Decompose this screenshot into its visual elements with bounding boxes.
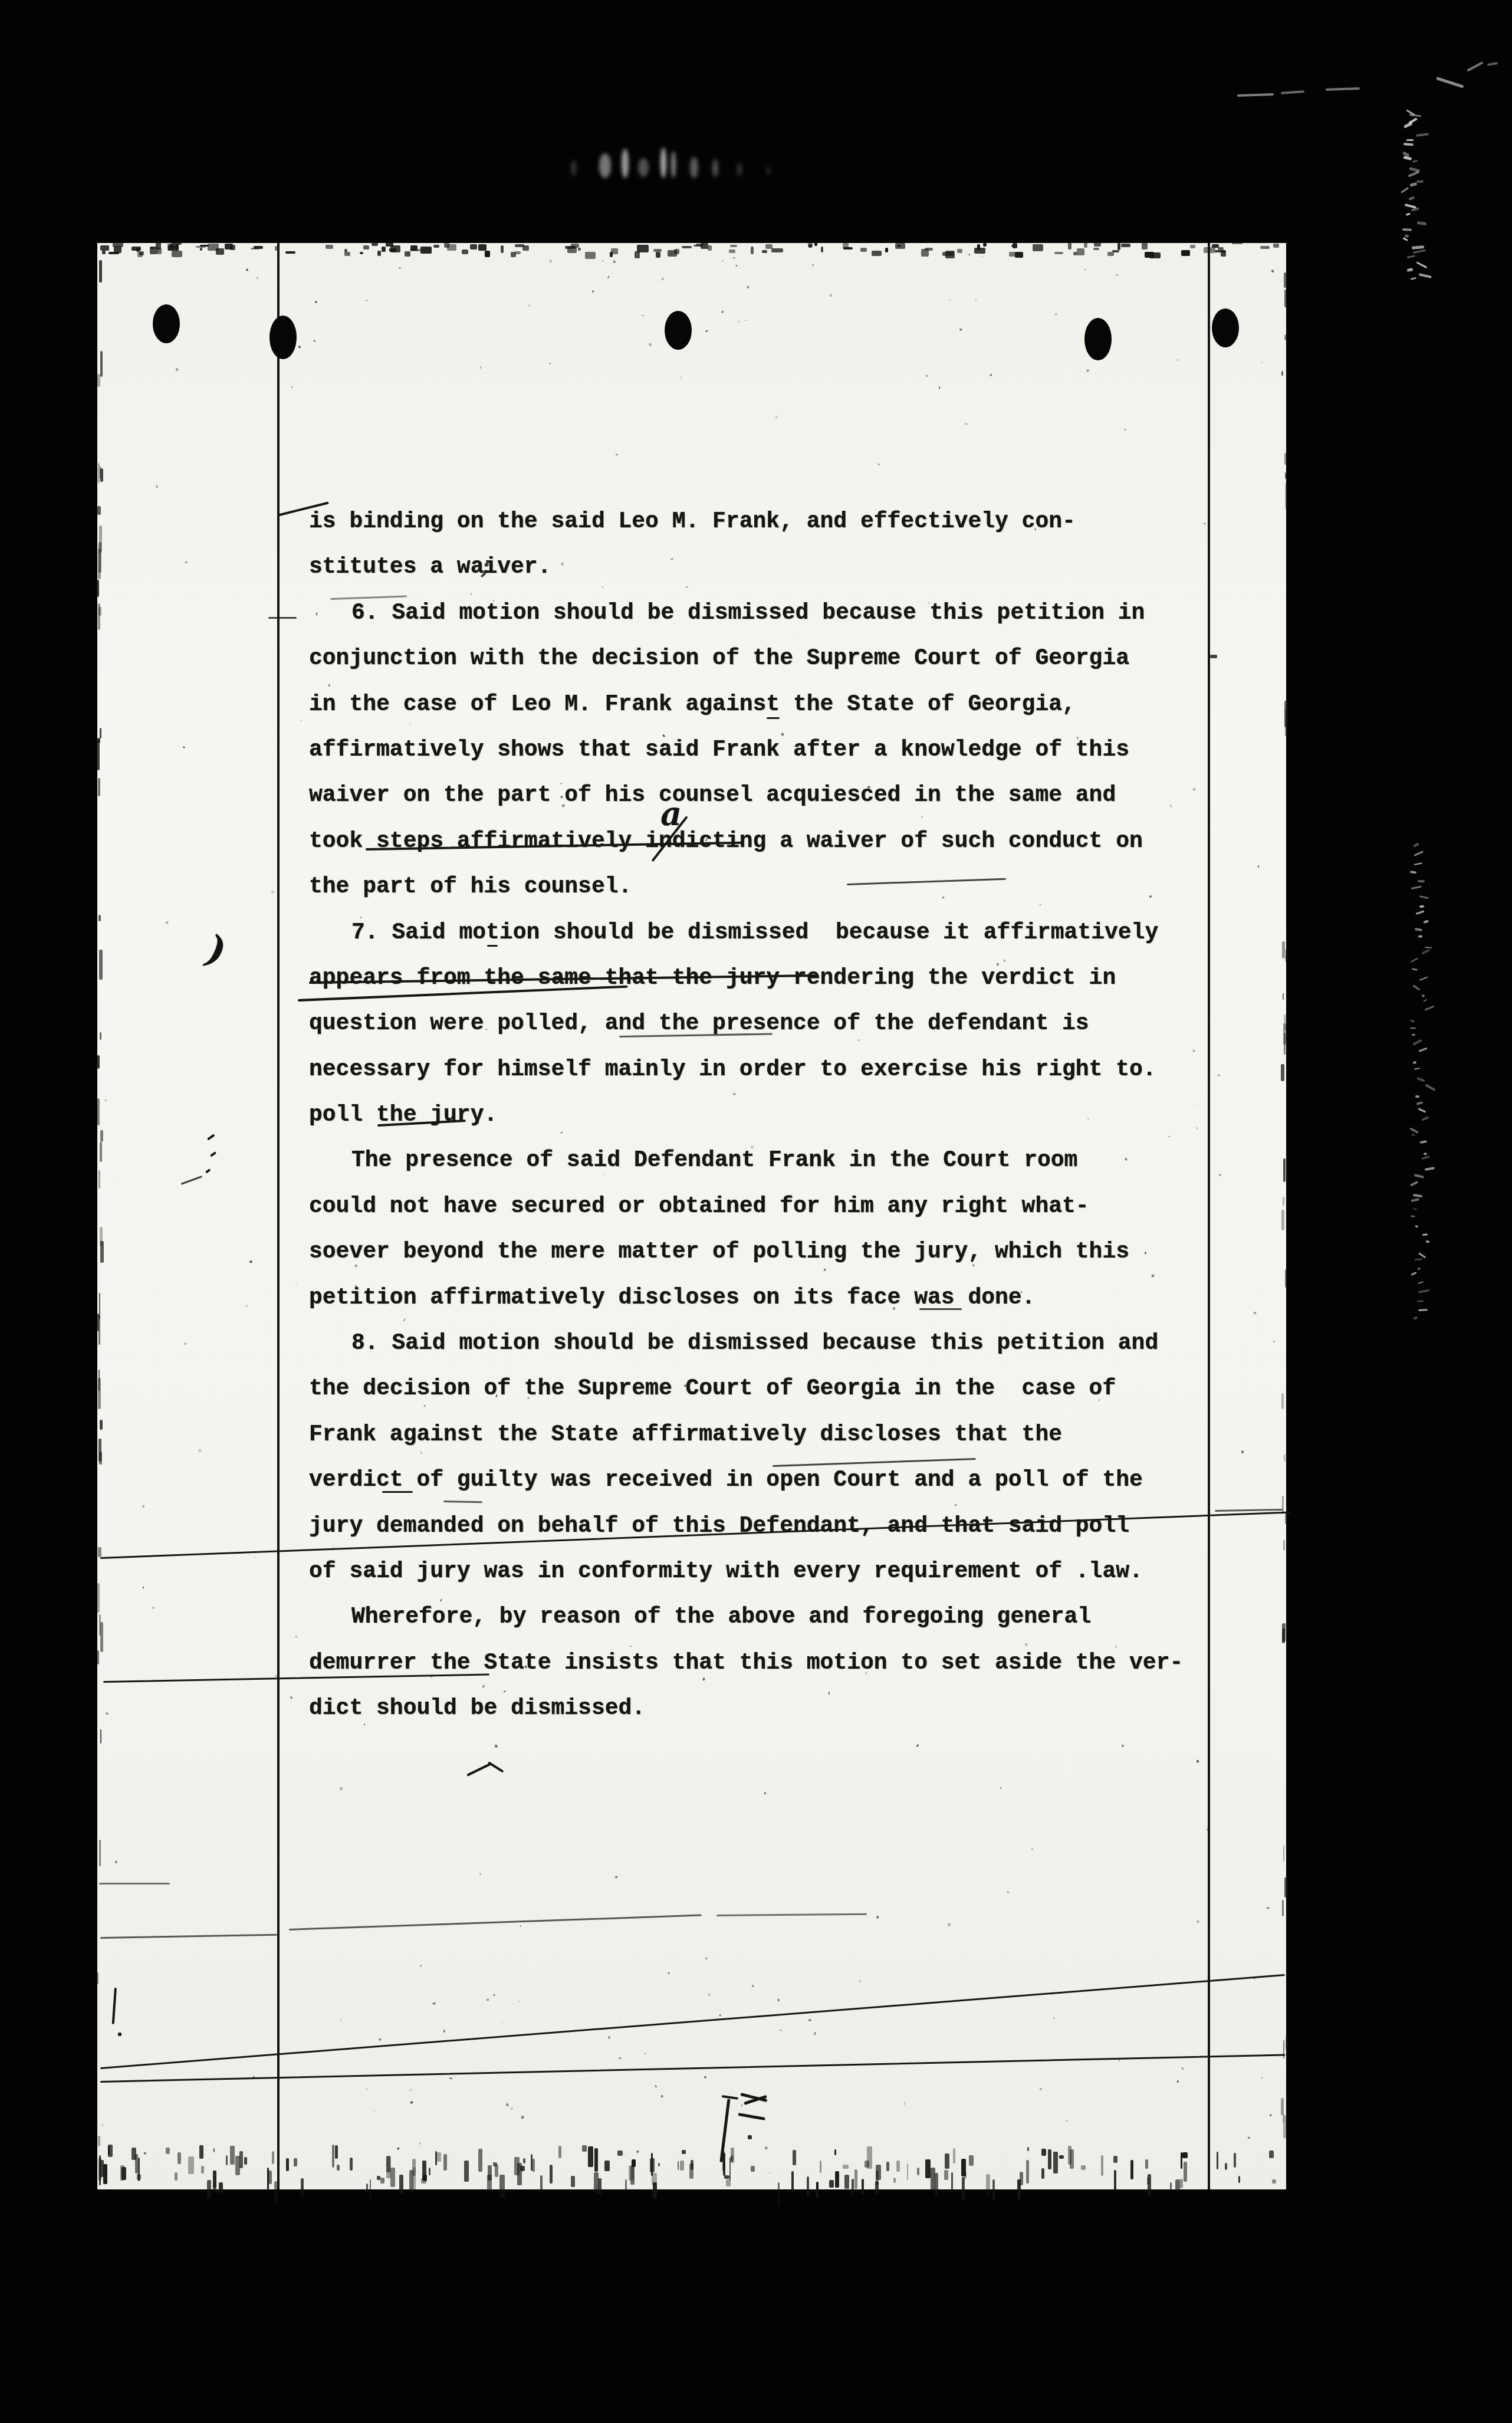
pencil-mark [1281, 90, 1304, 94]
text-line: in the case of Leo M. Frank against the … [309, 682, 1241, 727]
film-edge-scratch [1425, 1005, 1435, 1011]
film-edge-scratch [1423, 920, 1429, 924]
hole-punch [1084, 318, 1112, 360]
pencil-mark [1467, 61, 1483, 72]
film-edge-scratch [1422, 1233, 1428, 1236]
film-edge-scratch [1408, 117, 1418, 124]
film-edge-scratch [1406, 109, 1415, 116]
film-edge-scratch [1413, 842, 1419, 847]
hole-punch [665, 311, 692, 350]
text-line: dict should be dismissed. [309, 1686, 1241, 1731]
pencil-mark [767, 166, 770, 176]
typed-text-block: is binding on the said Leo M. Frank, and… [309, 499, 1241, 1732]
film-edge-scratch [1422, 994, 1425, 997]
film-edge-scratch [1418, 1281, 1424, 1284]
film-edge-scratch [1408, 170, 1419, 177]
text-line: Wherefore, by reason of the above and fo… [309, 1594, 1241, 1640]
film-edge-scratch [1412, 160, 1418, 163]
text-line: question were polled, and the presence o… [309, 1001, 1241, 1046]
film-edge-scratch [1423, 999, 1427, 1002]
film-edge-scratch [1401, 186, 1409, 193]
text-line: the part of his counsel. [309, 864, 1241, 910]
film-edge-scratch [1418, 935, 1422, 937]
text-line: appears from the same that the jury rend… [309, 956, 1241, 1001]
film-edge-scratch [1425, 1084, 1435, 1092]
pencil-mark [690, 157, 698, 178]
document-page: is binding on the said Leo M. Frank, and… [97, 243, 1286, 2189]
film-edge-scratch [1405, 213, 1411, 216]
film-edge-scratch [1402, 228, 1412, 231]
scanned-document: is binding on the said Leo M. Frank, and… [0, 0, 1512, 2423]
film-edge-scratch [1409, 114, 1422, 117]
hole-punch [1212, 308, 1239, 347]
text-line: 8. Said motion should be dismissed becau… [309, 1321, 1241, 1366]
pencil-mark [1436, 77, 1464, 88]
text-line: Frank against the State affirmatively di… [309, 1412, 1241, 1457]
film-edge-scratch [1418, 273, 1432, 278]
text-line: of said jury was in conformity with ever… [309, 1549, 1241, 1594]
film-edge-scratch [1409, 167, 1421, 172]
film-edge-scratch [1411, 1198, 1419, 1202]
film-edge-scratch [1402, 152, 1410, 157]
film-edge-scratch [1405, 203, 1416, 209]
film-edge-scratch [1422, 1155, 1431, 1160]
film-edge-scratch [1409, 871, 1416, 874]
film-edge-scratch [1410, 182, 1418, 187]
film-edge-scratch [1412, 249, 1426, 254]
film-edge-scratch [1418, 1289, 1429, 1293]
film-edge-scratch [1415, 1095, 1419, 1098]
text-line: could not have secured or obtained for h… [309, 1184, 1241, 1229]
text-line: verdict of guilty was received in open C… [309, 1457, 1241, 1503]
film-edge-scratch [1412, 245, 1425, 249]
film-edge-scratch [1411, 886, 1422, 890]
film-edge-scratch [1406, 139, 1414, 141]
film-edge-scratch [1419, 1252, 1426, 1258]
text-line: poll the jury. [309, 1092, 1241, 1138]
pencil-mark [1326, 87, 1360, 91]
film-edge-scratch [1414, 1174, 1424, 1178]
film-edge-scratch [1403, 156, 1412, 160]
film-edge-scratch [1412, 1061, 1416, 1064]
film-edge-scratch [1424, 1167, 1434, 1170]
text-line: The presence of said Defendant Frank in … [309, 1138, 1241, 1183]
film-edge-scratch [1404, 234, 1409, 238]
film-edge-scratch [1407, 255, 1415, 258]
text-line: soever beyond the mere matter of polling… [309, 1229, 1241, 1275]
film-edge-scratch [1426, 1240, 1429, 1243]
text-line: stitutes a waiver. [309, 544, 1241, 590]
film-edge-scratch [1403, 143, 1414, 146]
film-edge-scratch [1418, 1108, 1426, 1113]
film-edge-scratch [1419, 895, 1429, 899]
film-edge-scratch [1413, 1194, 1422, 1198]
text-line: 6. Said motion should be dismissed becau… [309, 590, 1241, 636]
hole-punch [153, 304, 180, 343]
left-ruled-line [277, 243, 280, 2189]
film-edge-scratch [1415, 1225, 1419, 1227]
pencil-mark [622, 149, 629, 178]
film-edge-scratch [1419, 905, 1425, 908]
film-edge-scratch [1409, 196, 1415, 200]
film-edge-scratch [1410, 1027, 1416, 1029]
film-edge-scratch [1416, 1077, 1425, 1082]
film-edge-scratch [1424, 1153, 1428, 1155]
film-edge-scratch [1411, 207, 1419, 211]
film-edge-scratch [1418, 1048, 1427, 1052]
pencil-mark [737, 163, 742, 176]
film-edge-scratch [1419, 977, 1428, 981]
film-edge-scratch [1409, 1128, 1419, 1134]
film-edge-scratch [1421, 948, 1430, 954]
film-edge-scratch [1413, 1316, 1418, 1319]
film-edge-scratch [1425, 947, 1432, 948]
film-edge-scratch [1414, 1068, 1421, 1070]
film-edge-scratch [1410, 1180, 1418, 1186]
film-edge-scratch [1406, 268, 1413, 271]
text-line: the decision of the Supreme Court of Geo… [309, 1366, 1241, 1411]
pencil-mark [712, 159, 718, 177]
text-line: affirmatively shows that said Frank afte… [309, 727, 1241, 773]
text-line: waiver on the part of his counsel acquie… [309, 773, 1241, 818]
film-edge-scratch [1421, 1116, 1429, 1121]
film-edge-scratch [1414, 851, 1424, 856]
pencil-mark [1237, 93, 1274, 97]
film-edge-scratch [1411, 1134, 1415, 1136]
film-edge-scratch [1402, 237, 1408, 241]
film-edge-scratch [1416, 221, 1426, 225]
hole-punch [269, 316, 297, 359]
film-edge-scratch [1412, 1033, 1415, 1035]
film-edge-scratch [1415, 1258, 1423, 1260]
text-line: petition affirmatively discloses on its … [309, 1275, 1241, 1321]
pencil-mark [1487, 62, 1498, 66]
pencil-mark [599, 153, 611, 178]
text-line: conjunction with the decision of the Sup… [309, 636, 1241, 681]
film-edge-scratch [1414, 863, 1422, 866]
text-line: jury demanded on behalf of this Defendan… [309, 1503, 1241, 1549]
text-line: demurrer the State insists that this mot… [309, 1640, 1241, 1686]
film-edge-scratch [1416, 133, 1429, 137]
pencil-mark [671, 151, 676, 178]
film-edge-scratch [1418, 1268, 1421, 1270]
film-edge-scratch [1411, 1215, 1415, 1217]
film-edge-scratch [1410, 1019, 1414, 1023]
film-edge-scratch [1403, 122, 1412, 128]
film-edge-scratch [1411, 1271, 1417, 1275]
film-edge-scratch [1420, 1140, 1427, 1144]
film-edge-scratch [1416, 261, 1427, 268]
pencil-mark [571, 160, 577, 176]
film-edge-scratch [1413, 984, 1421, 990]
film-edge-scratch [1410, 957, 1418, 962]
film-edge-scratch [1416, 180, 1424, 183]
film-edge-scratch [1411, 277, 1417, 281]
film-edge-scratch [1415, 928, 1422, 932]
pencil-mark [660, 147, 666, 178]
film-edge-scratch [1418, 880, 1425, 882]
text-line: is binding on the said Leo M. Frank, and… [309, 499, 1241, 544]
film-edge-scratch [1412, 1039, 1422, 1046]
film-edge-scratch [1412, 968, 1418, 971]
film-edge-scratch [1413, 1208, 1418, 1210]
film-edge-scratch [1416, 1300, 1423, 1302]
text-line: 7. Said motion should be dismissed becau… [309, 910, 1241, 956]
film-edge-scratch [1418, 1309, 1428, 1311]
text-line: necessary for himself mainly in order to… [309, 1047, 1241, 1092]
pencil-mark [638, 158, 649, 177]
film-edge-scratch [1416, 1101, 1424, 1105]
text-line: took steps affirmatively indicting a wai… [309, 819, 1241, 864]
film-edge-scratch [1416, 910, 1425, 915]
